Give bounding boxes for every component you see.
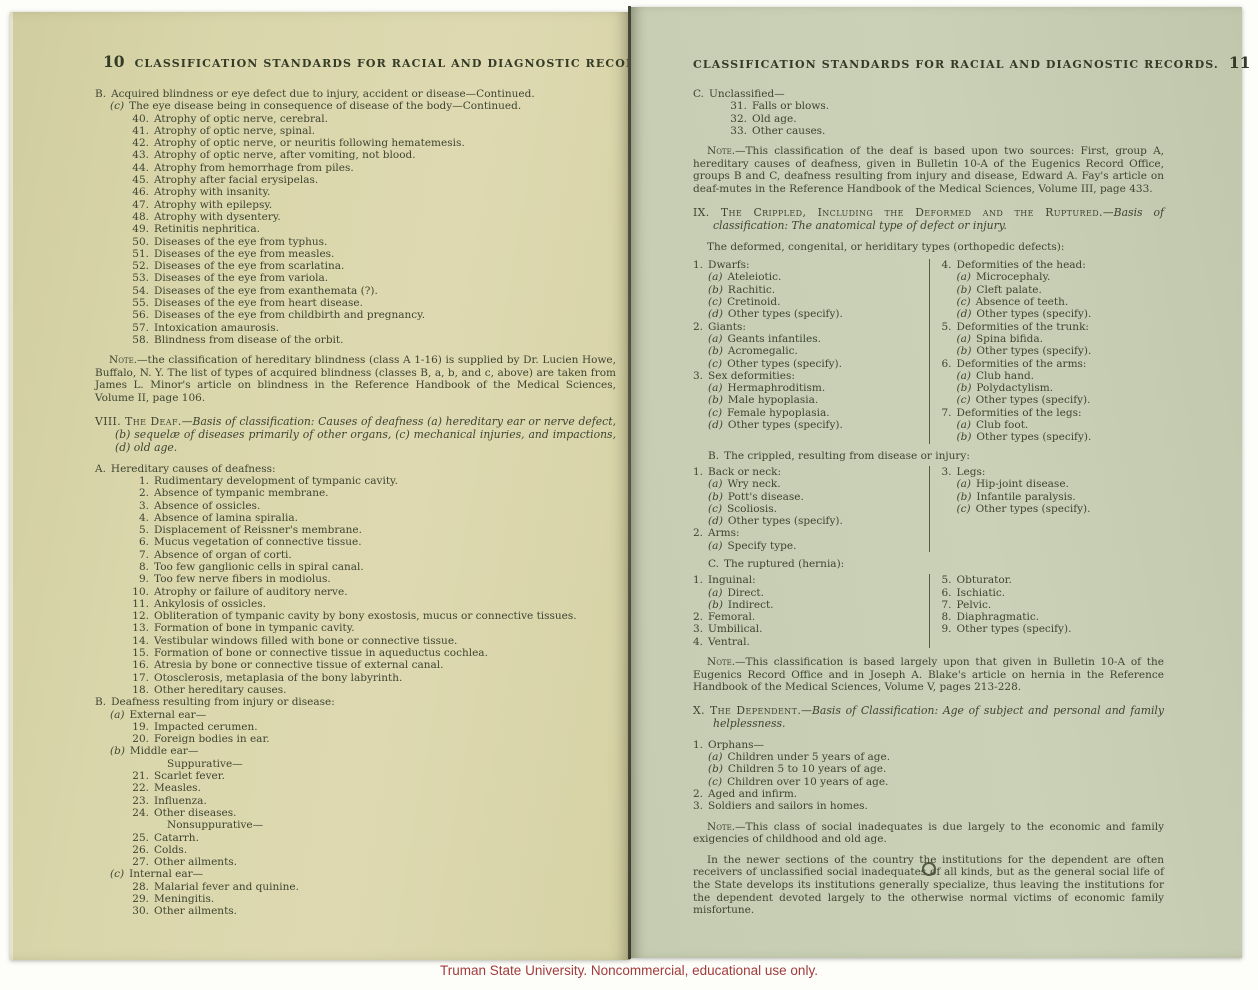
item-text: Other types (specify). xyxy=(727,358,928,370)
item-label: 7. xyxy=(942,407,952,419)
item-number: 1. xyxy=(125,475,149,487)
item-text: Absence of lamina spiralia. xyxy=(154,512,616,524)
list-item: (a)Hermaphroditism. xyxy=(693,382,929,394)
item-text: Atrophy of optic nerve, after vomiting, … xyxy=(154,149,616,161)
item-text: Retinitis nephritica. xyxy=(154,223,616,235)
column-right: 5.Obturator.6.Ischiatic.7.Pelvic.8.Diaph… xyxy=(929,574,1165,648)
item-text: Giants: xyxy=(708,321,928,333)
item-label: 8. xyxy=(942,611,952,623)
item-label: (a) xyxy=(708,478,722,490)
item-number: 52. xyxy=(125,260,149,272)
list-item: (a)Spina bifida. xyxy=(942,333,1165,345)
item-label: 2. xyxy=(693,527,703,539)
note-label: Note. xyxy=(707,656,735,668)
item-text: Cretinoid. xyxy=(727,296,928,308)
item-text: Rachitic. xyxy=(728,284,929,296)
item-text: Other types (specify). xyxy=(728,308,929,320)
item-label: (c) xyxy=(957,394,971,406)
item-text: Dwarfs: xyxy=(708,259,928,271)
list-item: 25.Catarrh. xyxy=(95,832,616,844)
list-item: 3.Absence of ossicles. xyxy=(95,500,616,512)
item-number: 49. xyxy=(125,223,149,235)
item-text: Diseases of the eye from heart disease. xyxy=(154,297,616,309)
right-page-content: CLASSIFICATION STANDARDS FOR RACIAL AND … xyxy=(693,53,1164,917)
item-text: Deformities of the trunk: xyxy=(957,321,1164,333)
list-item: 16.Atresia by bone or connective tissue … xyxy=(95,659,616,671)
item-label: (c) xyxy=(957,296,971,308)
item-text: Deformities of the legs: xyxy=(957,407,1164,419)
item-text: Scarlet fever. xyxy=(154,770,616,782)
item-text: Specify type. xyxy=(727,540,928,552)
item-text: Catarrh. xyxy=(154,832,616,844)
list-item: (b)Other types (specify). xyxy=(942,431,1165,443)
item-text: Atrophy with epilepsy. xyxy=(154,199,616,211)
list-item: 7.Pelvic. xyxy=(942,599,1165,611)
item-label: (b) xyxy=(708,763,723,775)
item-label: 3. xyxy=(693,623,703,635)
note-text: —This class of social inadequates is due… xyxy=(693,821,1164,846)
item-number: 55. xyxy=(125,297,149,309)
item-number: 48. xyxy=(125,211,149,223)
item-number: 28. xyxy=(125,881,149,893)
note-label: Note. xyxy=(707,145,735,157)
list-item: 6.Deformities of the arms: xyxy=(942,358,1165,370)
item-number: 44. xyxy=(125,162,149,174)
item-label: (d) xyxy=(708,308,723,320)
item-label: 5. xyxy=(942,321,952,333)
item-label: 3. xyxy=(693,370,703,382)
list-item: 17.Otosclerosis, metaplasia of the bony … xyxy=(95,672,616,684)
item-text: Arms: xyxy=(708,527,928,539)
item-text: External ear— xyxy=(129,709,616,721)
item-text: Falls or blows. xyxy=(752,100,1164,112)
item-text: Old age. xyxy=(752,113,1164,125)
column-left: 1.Back or neck:(a)Wry neck.(b)Pott's dis… xyxy=(693,466,929,552)
item-text: Displacement of Reissner's membrane. xyxy=(154,524,616,536)
item-number: 32. xyxy=(723,113,747,125)
item-label: (b) xyxy=(110,745,125,757)
item-label: (a) xyxy=(110,709,124,721)
list-item: (a)Wry neck. xyxy=(693,478,929,490)
item-text: Other types (specify). xyxy=(976,345,1164,357)
item-text: Atrophy after facial erysipelas. xyxy=(154,174,616,186)
section-heading: IX. The Crippled, Including the Deformed… xyxy=(693,206,1164,232)
column-left: 1.Dwarfs:(a)Ateleiotic.(b)Rachitic.(c)Cr… xyxy=(693,259,929,443)
column-left: 1.Inguinal:(a)Direct.(b)Indirect.2.Femor… xyxy=(693,574,929,648)
item-label: 6. xyxy=(942,587,952,599)
item-number: 16. xyxy=(125,659,149,671)
list-item: 4.Ventral. xyxy=(693,636,929,648)
list-item: 2.Arms: xyxy=(693,527,929,539)
item-text: Deafness resulting from injury or diseas… xyxy=(111,696,616,708)
item-text: Otosclerosis, metaplasia of the bony lab… xyxy=(154,672,616,684)
list-item: 23.Influenza. xyxy=(95,795,616,807)
list-item: 28.Malarial fever and quinine. xyxy=(95,881,616,893)
item-label: B. xyxy=(708,450,719,462)
list-item: 47.Atrophy with epilepsy. xyxy=(95,199,616,211)
item-number: 33. xyxy=(723,125,747,137)
list-item: (c)Female hypoplasia. xyxy=(693,407,929,419)
left-page: 10 CLASSIFICATION STANDARDS FOR RACIAL A… xyxy=(10,12,630,960)
item-number: 5. xyxy=(125,524,149,536)
list-item: C.Unclassified— xyxy=(693,88,1164,100)
item-text: Other hereditary causes. xyxy=(154,684,616,696)
section-basis: —Basis of classification: Causes of deaf… xyxy=(115,415,616,454)
list-item: (d)Other types (specify). xyxy=(942,308,1165,320)
item-number: 42. xyxy=(125,137,149,149)
list-item: 2.Femoral. xyxy=(693,611,929,623)
item-text: Nonsuppurative— xyxy=(167,819,616,831)
item-text: Geants infantiles. xyxy=(727,333,928,345)
list-item: 6.Ischiatic. xyxy=(942,587,1165,599)
list-item: 54.Diseases of the eye from exanthemata … xyxy=(95,285,616,297)
list-item: 42.Atrophy of optic nerve, or neuritis f… xyxy=(95,137,616,149)
list-item: (a)Club hand. xyxy=(942,370,1165,382)
note-paragraph: Note.—This classification of the deaf is… xyxy=(693,145,1164,195)
item-text: Spina bifida. xyxy=(976,333,1164,345)
item-text: Absence of ossicles. xyxy=(154,500,616,512)
section-heading: VIII. The Deaf.—Basis of classification:… xyxy=(95,415,616,454)
item-label: 5. xyxy=(942,574,952,586)
item-text: Too few nerve fibers in modiolus. xyxy=(154,573,616,585)
item-number: 47. xyxy=(125,199,149,211)
item-text: Acromegalic. xyxy=(728,345,929,357)
item-label: (b) xyxy=(708,345,723,357)
two-column-list: 1.Dwarfs:(a)Ateleiotic.(b)Rachitic.(c)Cr… xyxy=(693,259,1164,443)
list-item: 33.Other causes. xyxy=(693,125,1164,137)
item-text: Other types (specify). xyxy=(976,431,1164,443)
list-item: 49.Retinitis nephritica. xyxy=(95,223,616,235)
item-label: (b) xyxy=(957,431,972,443)
item-label: (a) xyxy=(708,382,722,394)
list-item: 41.Atrophy of optic nerve, spinal. xyxy=(95,125,616,137)
item-text: Wry neck. xyxy=(727,478,928,490)
list-item: (b)Rachitic. xyxy=(693,284,929,296)
note-paragraph: Note.—This classification is based large… xyxy=(693,656,1164,694)
list-item: 31.Falls or blows. xyxy=(693,100,1164,112)
item-number: 15. xyxy=(125,647,149,659)
list-item: 52.Diseases of the eye from scarlatina. xyxy=(95,260,616,272)
item-text: Diseases of the eye from exanthemata (?)… xyxy=(154,285,616,297)
note-paragraph: Note.—This class of social inadequates i… xyxy=(693,821,1164,846)
item-number: 54. xyxy=(125,285,149,297)
list-item: 12.Obliteration of tympanic cavity by bo… xyxy=(95,610,616,622)
list-item: 3.Legs: xyxy=(942,466,1165,478)
list-item: 20.Foreign bodies in ear. xyxy=(95,733,616,745)
list-item: 50.Diseases of the eye from typhus. xyxy=(95,236,616,248)
right-page-body: C.Unclassified—31.Falls or blows.32.Old … xyxy=(693,88,1164,917)
item-text: Aged and infirm. xyxy=(708,788,1164,800)
list-item: 5.Displacement of Reissner's membrane. xyxy=(95,524,616,536)
list-item: 56.Diseases of the eye from childbirth a… xyxy=(95,309,616,321)
list-block: 1.Orphans—(a)Children under 5 years of a… xyxy=(693,739,1164,813)
item-label: 1. xyxy=(693,739,703,751)
item-label: 3. xyxy=(693,800,703,812)
item-text: Infantile paralysis. xyxy=(976,491,1164,503)
item-number: 53. xyxy=(125,272,149,284)
item-text: Acquired blindness or eye defect due to … xyxy=(111,88,616,100)
item-number: 4. xyxy=(125,512,149,524)
item-number: 3. xyxy=(125,500,149,512)
item-label: (b) xyxy=(957,491,972,503)
list-item: B.Acquired blindness or eye defect due t… xyxy=(95,88,616,100)
two-column-list: 1.Inguinal:(a)Direct.(b)Indirect.2.Femor… xyxy=(693,574,1164,648)
item-number: 2. xyxy=(125,487,149,499)
item-label: 2. xyxy=(693,788,703,800)
item-text: Club hand. xyxy=(976,370,1164,382)
item-text: Atrophy from hemorrhage from piles. xyxy=(154,162,616,174)
item-label: B. xyxy=(95,88,106,100)
list-item: (c)Children over 10 years of age. xyxy=(693,776,1164,788)
item-label: (a) xyxy=(957,333,971,345)
list-item: 1.Inguinal: xyxy=(693,574,929,586)
item-text: Other causes. xyxy=(752,125,1164,137)
item-text: Soldiers and sailors in homes. xyxy=(708,800,1164,812)
item-label: (a) xyxy=(708,271,722,283)
item-text: Other ailments. xyxy=(154,905,616,917)
list-item: 1.Dwarfs: xyxy=(693,259,929,271)
list-item: (a)Ateleiotic. xyxy=(693,271,929,283)
item-label: (c) xyxy=(708,776,722,788)
item-number: 30. xyxy=(125,905,149,917)
item-label: C. xyxy=(693,88,704,100)
list-item: 55.Diseases of the eye from heart diseas… xyxy=(95,297,616,309)
list-item: 29.Meningitis. xyxy=(95,893,616,905)
item-text: Absence of organ of corti. xyxy=(154,549,616,561)
item-label: (b) xyxy=(957,382,972,394)
list-item: (a)Microcephaly. xyxy=(942,271,1165,283)
list-item: (a)Children under 5 years of age. xyxy=(693,751,1164,763)
item-text: Foreign bodies in ear. xyxy=(154,733,616,745)
item-text: Cleft palate. xyxy=(976,284,1164,296)
item-text: Absence of teeth. xyxy=(976,296,1164,308)
item-number: 8. xyxy=(125,561,149,573)
item-text: Blindness from disease of the orbit. xyxy=(154,334,616,346)
item-text: The ruptured (hernia): xyxy=(724,558,1164,570)
item-text: Scoliosis. xyxy=(727,503,928,515)
item-label: (c) xyxy=(708,503,722,515)
item-text: Other diseases. xyxy=(154,807,616,819)
item-label: 3. xyxy=(942,466,952,478)
item-number: 27. xyxy=(125,856,149,868)
list-item: (a)External ear— xyxy=(95,709,616,721)
list-item: (a)Geants infantiles. xyxy=(693,333,929,345)
item-label: (a) xyxy=(708,333,722,345)
item-label: (a) xyxy=(708,587,722,599)
item-text: Back or neck: xyxy=(708,466,928,478)
item-text: Other types (specify). xyxy=(957,623,1164,635)
item-text: Absence of tympanic membrane. xyxy=(154,487,616,499)
list-item: 19.Impacted cerumen. xyxy=(95,721,616,733)
item-label: 7. xyxy=(942,599,952,611)
note-text: —This classification is based largely up… xyxy=(693,656,1164,693)
item-text: Microcephaly. xyxy=(976,271,1164,283)
item-text: Other types (specify). xyxy=(728,419,929,431)
list-item: (c)Other types (specify). xyxy=(693,358,929,370)
item-text: Diaphragmatic. xyxy=(957,611,1164,623)
list-block: B.Acquired blindness or eye defect due t… xyxy=(95,88,616,346)
list-item: 43.Atrophy of optic nerve, after vomitin… xyxy=(95,149,616,161)
list-item: (d)Other types (specify). xyxy=(693,419,929,431)
item-label: 4. xyxy=(693,636,703,648)
list-item: 6.Mucus vegetation of connective tissue. xyxy=(95,536,616,548)
item-text: Malarial fever and quinine. xyxy=(154,881,616,893)
item-number: 17. xyxy=(125,672,149,684)
item-text: Atrophy of optic nerve, cerebral. xyxy=(154,113,616,125)
item-label: (a) xyxy=(708,751,722,763)
item-label: B. xyxy=(95,696,106,708)
item-text: Internal ear— xyxy=(129,868,616,880)
item-number: 50. xyxy=(125,236,149,248)
item-text: Formation of bone or connective tissue i… xyxy=(154,647,616,659)
list-item: 9.Other types (specify). xyxy=(942,623,1165,635)
section-label: VIII. The Deaf. xyxy=(95,415,182,428)
section-label: X. The Dependent. xyxy=(693,704,801,717)
list-item: 44.Atrophy from hemorrhage from piles. xyxy=(95,162,616,174)
item-label: (a) xyxy=(957,419,971,431)
list-item: 21.Scarlet fever. xyxy=(95,770,616,782)
item-label: (a) xyxy=(957,370,971,382)
right-running-header: CLASSIFICATION STANDARDS FOR RACIAL AND … xyxy=(693,53,1164,72)
item-text: Ischiatic. xyxy=(957,587,1164,599)
list-item: 58.Blindness from disease of the orbit. xyxy=(95,334,616,346)
list-item: 4.Absence of lamina spiralia. xyxy=(95,512,616,524)
item-number: 18. xyxy=(125,684,149,696)
item-number: 20. xyxy=(125,733,149,745)
item-text: Impacted cerumen. xyxy=(154,721,616,733)
item-text: Hermaphroditism. xyxy=(727,382,928,394)
item-number: 45. xyxy=(125,174,149,186)
column-right: 3.Legs:(a)Hip-joint disease.(b)Infantile… xyxy=(929,466,1165,552)
list-item: 40.Atrophy of optic nerve, cerebral. xyxy=(95,113,616,125)
scanned-book-spread: 10 CLASSIFICATION STANDARDS FOR RACIAL A… xyxy=(0,0,1258,990)
item-label: (b) xyxy=(957,345,972,357)
item-number: 10. xyxy=(125,586,149,598)
list-item: (c)Scoliosis. xyxy=(693,503,929,515)
item-number: 7. xyxy=(125,549,149,561)
item-text: Indirect. xyxy=(728,599,929,611)
item-text: Sex deformities: xyxy=(708,370,928,382)
item-text: Colds. xyxy=(154,844,616,856)
item-number: 25. xyxy=(125,832,149,844)
left-header-text: CLASSIFICATION STANDARDS FOR RACIAL AND … xyxy=(135,57,661,70)
item-text: Diseases of the eye from childbirth and … xyxy=(154,309,616,321)
two-column-list: 1.Back or neck:(a)Wry neck.(b)Pott's dis… xyxy=(693,466,1164,552)
item-text: Atresia by bone or connective tissue of … xyxy=(154,659,616,671)
list-item: 1.Orphans— xyxy=(693,739,1164,751)
attribution-footer: Truman State University. Noncommercial, … xyxy=(0,963,1258,978)
item-label: (c) xyxy=(110,100,124,112)
item-text: Other ailments. xyxy=(154,856,616,868)
list-item: 46.Atrophy with insanity. xyxy=(95,186,616,198)
item-text: Atrophy of optic nerve, spinal. xyxy=(154,125,616,137)
item-number: 58. xyxy=(125,334,149,346)
item-label: 2. xyxy=(693,321,703,333)
registration-circle-mark xyxy=(922,862,936,876)
list-item: 5.Obturator. xyxy=(942,574,1165,586)
note-label: Note. xyxy=(707,821,735,833)
item-text: Atrophy or failure of auditory nerve. xyxy=(154,586,616,598)
list-item: (c)Absence of teeth. xyxy=(942,296,1165,308)
list-item: 8.Diaphragmatic. xyxy=(942,611,1165,623)
list-item: (b)Infantile paralysis. xyxy=(942,491,1165,503)
list-item: 22.Measles. xyxy=(95,782,616,794)
item-number: 26. xyxy=(125,844,149,856)
list-item: 3.Soldiers and sailors in homes. xyxy=(693,800,1164,812)
list-item: 7.Deformities of the legs: xyxy=(942,407,1165,419)
list-item: 7.Absence of organ of corti. xyxy=(95,549,616,561)
item-number: 9. xyxy=(125,573,149,585)
list-item: 30.Other ailments. xyxy=(95,905,616,917)
item-text: Ateleiotic. xyxy=(727,271,928,283)
list-item: (b)Middle ear— xyxy=(95,745,616,757)
list-item: (b)Indirect. xyxy=(693,599,929,611)
item-label: 6. xyxy=(942,358,952,370)
paragraph: The deformed, congenital, or heriditary … xyxy=(693,241,1164,254)
item-label: 1. xyxy=(693,574,703,586)
section-heading: X. The Dependent.—Basis of Classificatio… xyxy=(693,704,1164,730)
list-item: (b)Children 5 to 10 years of age. xyxy=(693,763,1164,775)
item-number: 13. xyxy=(125,622,149,634)
list-item: 57.Intoxication amaurosis. xyxy=(95,322,616,334)
item-number: 22. xyxy=(125,782,149,794)
item-label: (a) xyxy=(708,540,722,552)
list-item: 2.Giants: xyxy=(693,321,929,333)
item-label: C. xyxy=(708,558,719,570)
item-text: Too few ganglionic cells in spiral canal… xyxy=(154,561,616,573)
list-item: 5.Deformities of the trunk: xyxy=(942,321,1165,333)
item-label: 4. xyxy=(942,259,952,271)
item-label: (c) xyxy=(957,503,971,515)
item-text: Hereditary causes of deafness: xyxy=(111,463,616,475)
item-number: 57. xyxy=(125,322,149,334)
item-text: Atrophy with dysentery. xyxy=(154,211,616,223)
item-label: (b) xyxy=(708,394,723,406)
item-text: Umbilical. xyxy=(708,623,928,635)
column-right: 4.Deformities of the head:(a)Microcephal… xyxy=(929,259,1165,443)
list-block: C.Unclassified—31.Falls or blows.32.Old … xyxy=(693,88,1164,137)
item-text: Female hypoplasia. xyxy=(727,407,928,419)
item-number: 24. xyxy=(125,807,149,819)
item-text: Other types (specify). xyxy=(976,308,1164,320)
item-label: A. xyxy=(95,463,106,475)
right-page-number: 11 xyxy=(1229,53,1251,72)
list-item: 3.Sex deformities: xyxy=(693,370,929,382)
list-item: 51.Diseases of the eye from measles. xyxy=(95,248,616,260)
item-text: Middle ear— xyxy=(130,745,616,757)
list-item: (c)The eye disease being in consequence … xyxy=(95,100,616,112)
item-text: Meningitis. xyxy=(154,893,616,905)
item-label: (c) xyxy=(708,407,722,419)
item-label: (c) xyxy=(708,296,722,308)
item-text: Direct. xyxy=(727,587,928,599)
item-text: Deformities of the arms: xyxy=(957,358,1164,370)
item-number: 56. xyxy=(125,309,149,321)
item-text: Male hypoplasia. xyxy=(728,394,929,406)
item-text: Unclassified— xyxy=(709,88,1164,100)
list-item: 2.Aged and infirm. xyxy=(693,788,1164,800)
item-text: Other types (specify). xyxy=(976,503,1164,515)
item-text: Intoxication amaurosis. xyxy=(154,322,616,334)
list-item: 24.Other diseases. xyxy=(95,807,616,819)
list-item: A.Hereditary causes of deafness: xyxy=(95,463,616,475)
list-item: (c)Other types (specify). xyxy=(942,394,1165,406)
list-item: 1.Rudimentary development of tympanic ca… xyxy=(95,475,616,487)
left-page-number: 10 xyxy=(103,52,125,71)
note-text: —the classification of hereditary blindn… xyxy=(95,354,616,404)
item-label: (b) xyxy=(957,284,972,296)
item-text: Suppurative— xyxy=(167,758,616,770)
